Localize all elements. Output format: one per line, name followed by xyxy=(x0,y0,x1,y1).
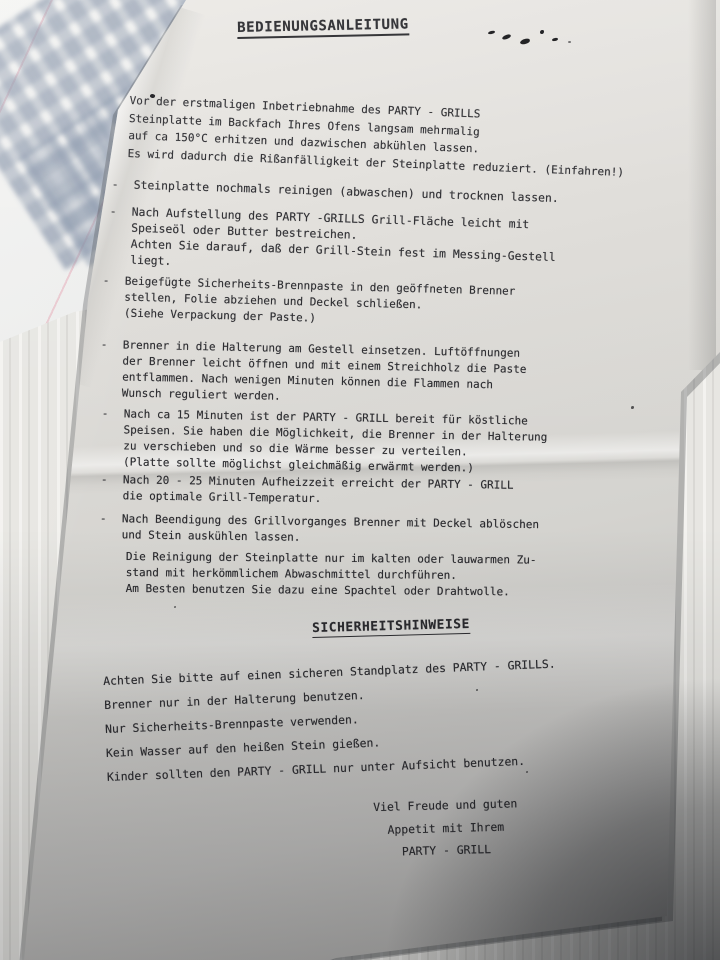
bullet-dash: - xyxy=(101,406,124,470)
instruction-bullet: - Nach Aufstellung des PARTY -GRILLS Gri… xyxy=(108,203,557,281)
photo-scene: BEDIENUNGSANLEITUNG Vor der erstmaligen … xyxy=(0,0,720,960)
instruction-bullet: - Nach 20 - 25 Minuten Aufheizzeit errei… xyxy=(101,472,514,510)
bullet-text: Beigefügte Sicherheits-Brennpaste in den… xyxy=(124,274,516,332)
bullet-dash: - xyxy=(100,337,123,401)
ink-smudge xyxy=(502,34,512,41)
fold-crease xyxy=(688,0,716,370)
ink-smudge xyxy=(488,30,495,34)
page-title: BEDIENUNGSANLEITUNG xyxy=(237,16,409,39)
bullet-dash: - xyxy=(100,511,122,543)
instruction-bullet: - Steinplatte nochmals reinigen (abwasch… xyxy=(111,176,558,206)
bullet-text: Brenner in die Halterung am Gestell eins… xyxy=(122,337,527,409)
cleaning-note: Die Reinigung der Steinplatte nur im kal… xyxy=(126,549,537,601)
instruction-bullet: - Brenner in die Halterung am Gestell ei… xyxy=(100,337,527,410)
bullet-text: Nach 20 - 25 Minuten Aufheizzeit erreich… xyxy=(123,472,514,509)
ink-smudge xyxy=(520,38,531,45)
closing-note: Viel Freude und guten Appetit mit Ihrem … xyxy=(338,791,554,864)
safety-list: Achten Sie bitte auf einen sicheren Stan… xyxy=(103,657,560,794)
bullet-text: Steinplatte nochmals reinigen (abwaschen… xyxy=(133,177,558,206)
ink-smudge xyxy=(568,41,571,43)
instruction-bullet: - Nach ca 15 Minuten ist der PARTY - GRI… xyxy=(101,406,548,478)
instruction-bullet: - Nach Beendigung des Grillvorganges Bre… xyxy=(100,511,540,549)
bullet-text: Nach ca 15 Minuten ist der PARTY - GRILL… xyxy=(123,406,548,477)
instruction-bullet: - Beigefügte Sicherheits-Brennpaste in d… xyxy=(102,273,516,332)
bullet-text: Nach Aufstellung des PARTY -GRILLS Grill… xyxy=(130,204,557,281)
ink-speck xyxy=(174,606,176,608)
ink-speck xyxy=(631,406,634,409)
ink-smudge xyxy=(552,38,558,42)
bullet-dash: - xyxy=(101,472,123,504)
ink-smudge xyxy=(540,30,544,34)
bullet-dash: - xyxy=(108,203,132,268)
intro-paragraph: Vor der erstmaligen Inbetriebnahme des P… xyxy=(127,92,626,181)
bullet-text: Nach Beendigung des Grillvorganges Brenn… xyxy=(122,511,540,549)
bullet-dash: - xyxy=(102,273,125,322)
bullet-dash: - xyxy=(111,176,133,193)
